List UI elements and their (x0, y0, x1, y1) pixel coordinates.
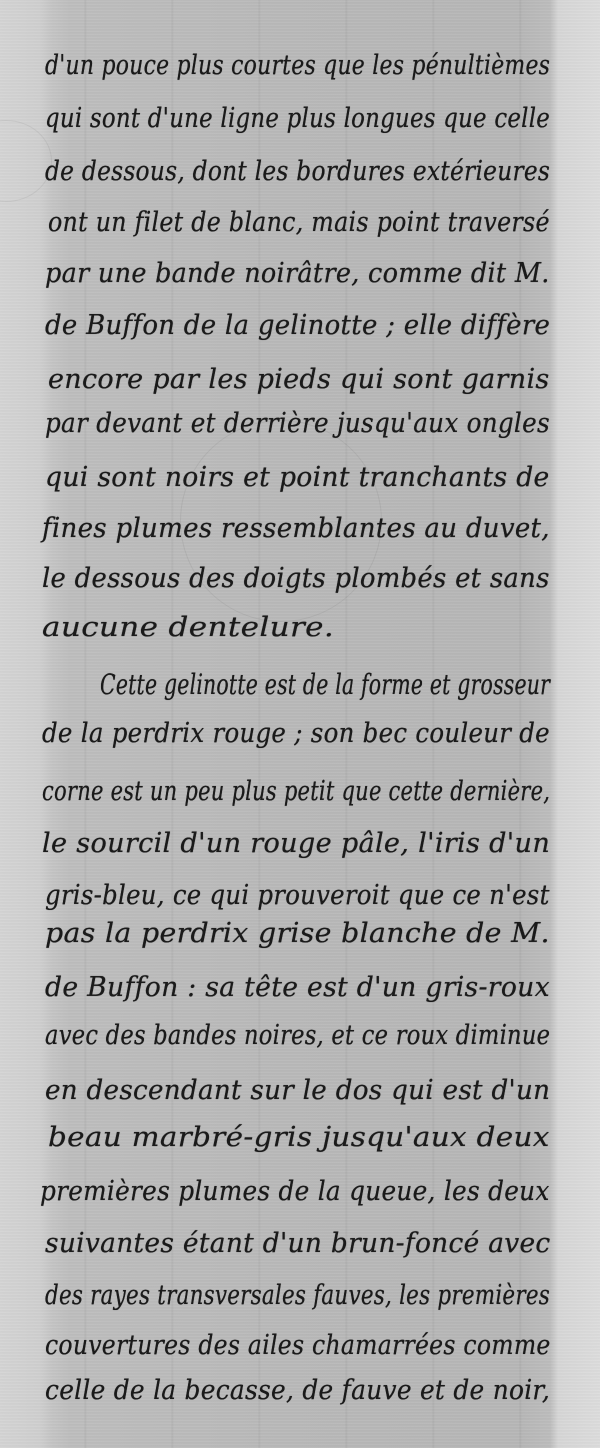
text-line: couvertures des ailes chamarrées comme (45, 1330, 551, 1361)
text-line: d'un pouce plus courtes que les pénultiè… (45, 50, 451, 81)
text-line: beau marbré-gris jusqu'aux deux (48, 1122, 550, 1153)
text-line: de la perdrix rouge ; son bec couleur de (42, 718, 550, 749)
text-line: gris-bleu, ce qui prouveroit que ce n'es… (45, 880, 550, 911)
text-line: des rayes transversales fauves, les prem… (45, 1280, 550, 1311)
text-line: qui sont d'une ligne plus longues que ce… (45, 103, 550, 134)
text-line: encore par les pieds qui sont garnis (48, 364, 550, 395)
text-line: ont un filet de blanc, mais point traver… (48, 207, 550, 238)
text-line: qui sont noirs et point tranchants de (45, 462, 550, 493)
manuscript-page: d'un pouce plus courtes que les pénultiè… (0, 0, 600, 1448)
text-line: de dessous, dont les bordures extérieure… (45, 156, 550, 187)
text-line: fines plumes ressemblantes au duvet, (42, 513, 550, 544)
text-line: aucune dentelure. (42, 612, 334, 643)
text-line: par devant et derrière jusqu'aux ongles (45, 408, 550, 439)
text-line: le dessous des doigts plombés et sans (42, 563, 550, 594)
text-line: le sourcil d'un rouge pâle, l'iris d'un (42, 828, 550, 859)
text-line: suivantes étant d'un brun-foncé avec (45, 1228, 551, 1259)
text-line: celle de la becasse, de fauve et de noir… (45, 1375, 550, 1406)
text-line: corne est un peu plus petit que cette de… (42, 776, 550, 807)
text-line: avec des bandes noires, et ce roux dimin… (45, 1020, 550, 1051)
text-line: de Buffon de la gelinotte ; elle diffère (45, 310, 550, 341)
paragraph-start-line: Cette gelinotte est de la forme et gross… (100, 668, 550, 701)
text-line: pas la perdrix grise blanche de M. (45, 918, 550, 949)
text-line: premières plumes de la queue, les deux (40, 1176, 550, 1207)
text-line: en descendant sur le dos qui est d'un (45, 1075, 550, 1106)
text-line: par une bande noirâtre, comme dit M. (45, 258, 550, 289)
text-line: de Buffon : sa tête est d'un gris-roux (45, 972, 550, 1003)
